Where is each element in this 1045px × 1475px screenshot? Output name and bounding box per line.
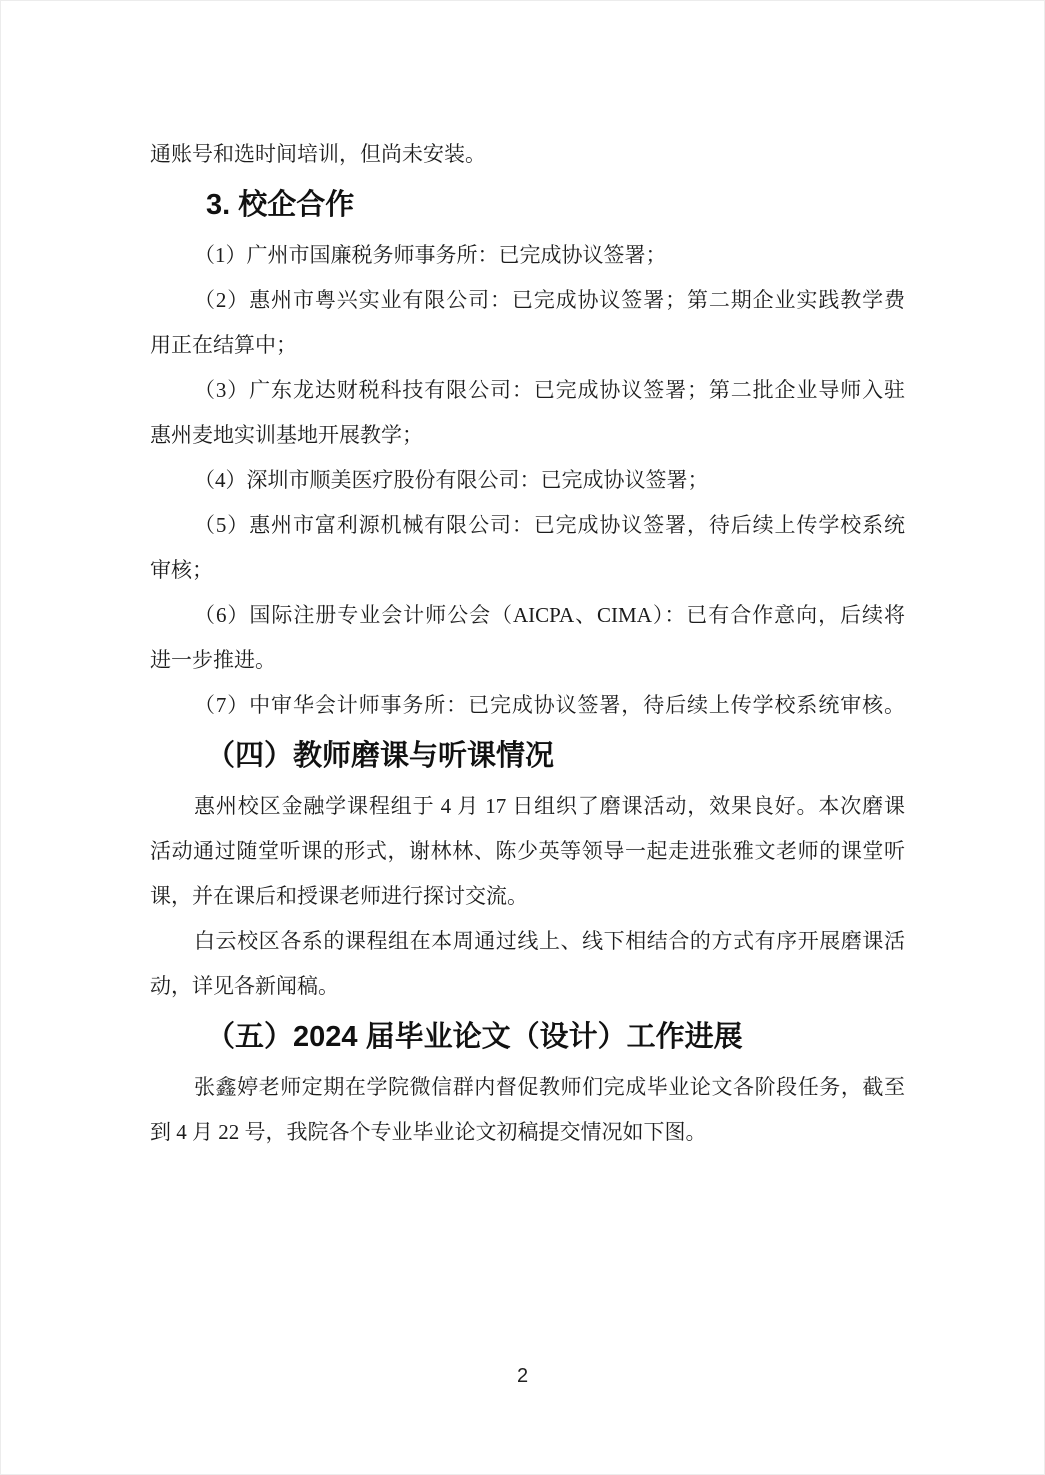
body-line: 张鑫婷老师定期在学院微信群内督促教师们完成毕业论文各阶段任务，截至 xyxy=(150,1065,905,1110)
section-heading: （四）教师磨课与听课情况 xyxy=(206,728,905,784)
body-line: 审核； xyxy=(150,548,905,593)
body-line: 惠州麦地实训基地开展教学； xyxy=(150,413,905,458)
body-line: 进一步推进。 xyxy=(150,638,905,683)
page-number: 2 xyxy=(0,1362,1045,1390)
document-page: 通账号和选时间培训，但尚未安装。3. 校企合作（1）广州市国廉税务师事务所：已完… xyxy=(0,0,1045,1475)
body-line: 用正在结算中； xyxy=(150,323,905,368)
body-line: （2）惠州市粤兴实业有限公司：已完成协议签署；第二期企业实践教学费 xyxy=(150,278,905,323)
body-line: （3）广东龙达财税科技有限公司：已完成协议签署；第二批企业导师入驻 xyxy=(150,368,905,413)
body-line: 通账号和选时间培训，但尚未安装。 xyxy=(150,132,905,177)
body-line: 白云校区各系的课程组在本周通过线上、线下相结合的方式有序开展磨课活 xyxy=(150,919,905,964)
document-content: 通账号和选时间培训，但尚未安装。3. 校企合作（1）广州市国廉税务师事务所：已完… xyxy=(150,132,905,1155)
body-line: （1）广州市国廉税务师事务所：已完成协议签署； xyxy=(150,233,905,278)
body-line: （4）深圳市顺美医疗股份有限公司：已完成协议签署； xyxy=(150,458,905,503)
section-heading: 3. 校企合作 xyxy=(206,177,905,233)
body-line: （7）中审华会计师事务所：已完成协议签署，待后续上传学校系统审核。 xyxy=(150,683,905,728)
body-line: 惠州校区金融学课程组于 4 月 17 日组织了磨课活动，效果良好。本次磨课 xyxy=(150,784,905,829)
body-line: 到 4 月 22 号，我院各个专业毕业论文初稿提交情况如下图。 xyxy=(150,1110,905,1155)
body-line: 活动通过随堂听课的形式，谢林林、陈少英等领导一起走进张雅文老师的课堂听 xyxy=(150,829,905,874)
body-line: 动，详见各新闻稿。 xyxy=(150,964,905,1009)
body-line: 课，并在课后和授课老师进行探讨交流。 xyxy=(150,874,905,919)
body-line: （5）惠州市富利源机械有限公司：已完成协议签署，待后续上传学校系统 xyxy=(150,503,905,548)
section-heading: （五）2024 届毕业论文（设计）工作进展 xyxy=(206,1009,905,1065)
body-line: （6）国际注册专业会计师公会（AICPA、CIMA）：已有合作意向，后续将 xyxy=(150,593,905,638)
